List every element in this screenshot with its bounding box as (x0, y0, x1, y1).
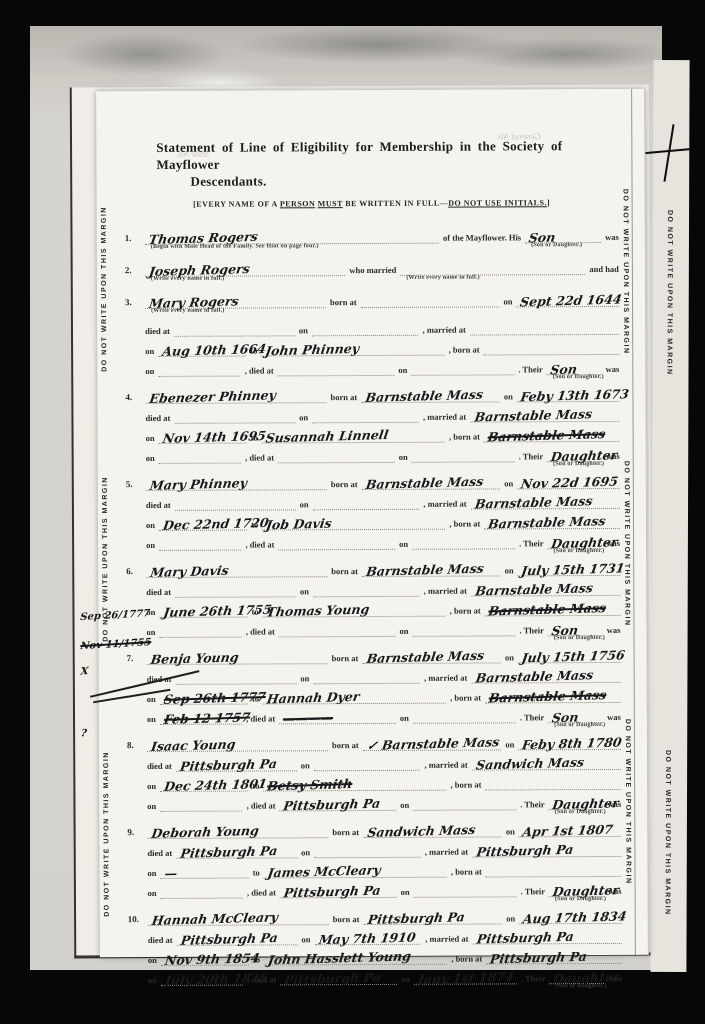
field-married_place: Barnstable Mass (471, 667, 620, 684)
field-married_date: Nov 9th 1854 (161, 950, 249, 966)
label-on: on (301, 847, 310, 858)
label-born_at_c: , born at (449, 345, 480, 356)
label-died_at_c: , died at (245, 365, 274, 376)
indent (128, 964, 144, 966)
handwriting-name: Ebenezer Phinney (148, 387, 277, 406)
label-born_at_c: , born at (451, 780, 482, 791)
field-relation: Daughter(Son or Daughter.) (547, 533, 602, 549)
handwriting-married_place: Sandwich Mass (475, 754, 585, 772)
field-married_place: Barnstable Mass (471, 580, 620, 597)
field-married_date: — (160, 863, 248, 879)
handwriting-spouse: Hannah Dyer (266, 689, 361, 707)
label-on: on (146, 520, 155, 531)
margin-warning: DO NOT WRITE UPON THIS MARGIN (624, 719, 632, 885)
field-relation: Son(Son or Daughter.) (548, 707, 603, 723)
field-relation: Daughter(Son or Daughter.) (549, 968, 604, 984)
field-spouse: James McCleary (264, 862, 447, 879)
handwriting-relation: Daughter (552, 882, 621, 899)
field-spouse_born_date: Feb 12 1757 (160, 709, 242, 725)
label-on: on (504, 478, 513, 489)
field-married_date: Dec 24th 1801 (160, 776, 248, 792)
field-married_date: Sep 26th 1777 (160, 689, 248, 705)
label-was: was (607, 712, 621, 723)
field-spouse: Job Davis (262, 514, 445, 531)
handwriting-name: Mary Rogers (148, 293, 240, 311)
field-died_date (313, 581, 420, 597)
label-on: on (400, 800, 409, 811)
field-died_place (174, 407, 295, 424)
field-died_place (174, 320, 295, 337)
entry-number: 7. (127, 653, 143, 665)
label-on: on (148, 868, 157, 879)
entry-number: 8. (127, 740, 143, 752)
field-born_date: July 15th 1756 (518, 647, 621, 663)
entry-number: 4. (125, 392, 141, 404)
label-on: on (299, 412, 308, 423)
label-on: on (300, 499, 309, 510)
label-married_at: , married at (423, 499, 466, 510)
entry-row-married: onAug 10th 1664toJohn Phinney, born at (125, 335, 619, 357)
handwriting-born_place: ✓ Barnstable Mass (366, 734, 501, 753)
label-on: on (148, 955, 157, 966)
field-born_date: Feby 13th 1673 (517, 386, 620, 402)
field-spouse_born_place (484, 339, 620, 356)
entry-row-died: died atPittsburgh Paon, married atSandwi… (127, 750, 621, 772)
label-on: on (147, 801, 156, 812)
label-died_at: died at (145, 326, 170, 337)
handwriting-spouse_died_place: Pittsburgh Pa (283, 796, 382, 814)
entry-row: 1. Thomas Rogers (Begin with Male Head o… (125, 219, 619, 245)
field-spouse_born_date (161, 883, 243, 899)
entry-number: 2. (125, 265, 141, 277)
field-spouse_born_place: Pittsburgh Pa (486, 948, 622, 965)
margin-warning: DO NOT WRITE UPON THIS MARGIN (103, 751, 111, 917)
entry-number: 5. (126, 479, 142, 491)
field-died_place: Pittsburgh Pa (176, 755, 297, 772)
label-on: on (506, 913, 515, 924)
handwriting-born_date: Nov 22d 1695 (520, 474, 619, 492)
field-married_date: Aug 10th 1664 (158, 341, 246, 357)
label-on: on (148, 975, 157, 986)
indent (126, 529, 142, 531)
field-born_date: Aug 17th 1834 (519, 908, 622, 924)
field-spouse_born_place: Barnstable Mass (485, 600, 621, 617)
label-born_at: born at (333, 914, 360, 925)
entry-row-name: 3.Mary Rogers(Write every name in full.)… (125, 283, 619, 309)
field-born_place: Barnstable Mass (361, 473, 500, 490)
handwriting-born_date: July 15th 1731 (521, 560, 626, 578)
field-spouse: Hannah Dyer (263, 688, 446, 705)
indent (127, 810, 143, 812)
handwriting-spouse_born_place: Pittsburgh Pa (489, 949, 588, 967)
label-on: on (146, 453, 155, 464)
label-on: on (147, 694, 156, 705)
handwriting-name: Hannah McCleary (151, 909, 279, 928)
instruction-line: [EVERY NAME OF A PERSON MUST BE WRITTEN … (125, 198, 619, 209)
entry-row-spouse: on, died aton. TheirDaughter(Son or Daug… (126, 442, 620, 464)
field-spouse_died_place: ———— (279, 708, 396, 725)
handwriting-married_place: Pittsburgh Pa (475, 929, 574, 947)
field-relation: Daughter(Son or Daughter.) (549, 794, 604, 810)
indent (125, 375, 141, 377)
field-spouse_died_date (413, 794, 516, 810)
field-name: Mary Phinney (146, 474, 327, 491)
handwriting-died_place: Pittsburgh Pa (179, 756, 278, 774)
entry-row-married: onDec 24th 1801toBetsy Smith, born at (127, 770, 621, 792)
field-died_place: Pittsburgh Pa (177, 929, 298, 946)
field-name: Joseph Rogers (Write every name in full.… (145, 260, 346, 277)
field-married_place: Pittsburgh Pa (472, 928, 621, 945)
field-born_date: Sept 22d 1644 (516, 291, 619, 307)
label-on: on (503, 296, 512, 307)
entry-row-spouse: on, died atPittsburgh Paon. TheirDaughte… (127, 790, 621, 812)
handwriting-relation: Daughter (552, 969, 621, 986)
label-born_at: born at (330, 392, 357, 403)
field-spouse_died_place: Pittsburgh Pa (280, 969, 397, 986)
handwriting-name: Isaac Young (150, 737, 237, 754)
handwriting-spouse: James McCleary (267, 862, 382, 880)
instruction-part: BE WRITTEN IN FULL— (343, 199, 448, 208)
label-married_at: , married at (424, 586, 467, 597)
field-born_place: Barnstable Mass (362, 647, 501, 664)
margin-warning: DO NOT WRITE UPON THIS MARGIN (623, 461, 631, 627)
label-was: was (607, 625, 621, 636)
label-born_at_c: , born at (450, 606, 481, 617)
handwriting-relation: Daughter (551, 534, 620, 551)
indent (128, 984, 144, 986)
field-spouse_died_date (412, 446, 515, 462)
field-spouse_died_place: Pittsburgh Pa (280, 882, 397, 899)
label-their: . Their (519, 538, 543, 549)
form-title-line1: Statement of Line of Eligibility for Mem… (124, 137, 618, 173)
field-spouse_born_place (485, 774, 621, 791)
field-spouse_died_date (414, 881, 517, 897)
label-died_at_c: , died at (247, 800, 276, 811)
field-spouse_born_date (159, 448, 241, 464)
field-spouse_died_date (411, 359, 514, 375)
indent (126, 442, 142, 444)
label-on: on (504, 391, 513, 402)
handwriting-relation: Son (528, 230, 557, 246)
label-born_at_c: , born at (449, 519, 480, 530)
margin-warning: DO NOT WRITE UPON THIS MARGIN (664, 750, 672, 916)
handwriting-married_place: Barnstable Mass (474, 493, 594, 511)
field-died_date (314, 755, 421, 771)
entry-row: 2. Joseph Rogers (Write every name in fu… (125, 251, 619, 277)
handwriting-born_date: July 15th 1756 (521, 647, 626, 665)
entry-number: 10. (128, 914, 144, 926)
field-spouse_died_place: Pittsburgh Pa (280, 795, 397, 812)
label-on: on (400, 626, 409, 637)
field-married_date: Nov 14th 1695 (159, 428, 247, 444)
field-name: Hannah McCleary (148, 909, 329, 926)
entry-row-name: 5.Mary Phinneyborn atBarnstable MassonNo… (126, 469, 620, 491)
handwriting-married_date: Aug 10th 1664 (161, 341, 267, 359)
entry-number: 3. (125, 297, 141, 309)
label-and-had: and had (589, 264, 619, 275)
field-relation: Son(Son or Daughter.) (548, 620, 603, 636)
field-name: Ebenezer Phinney (145, 387, 326, 404)
instruction-part: MUST (318, 199, 343, 208)
instruction-part: ] (547, 198, 550, 207)
lineage-entry-1: 1. Thomas Rogers (Begin with Male Head o… (125, 219, 619, 245)
form-page: DO NOT WRITE UPON THIS MARGIN DO NOT WRI… (96, 89, 649, 957)
lineage-entry-9: 9.Deborah Youngborn atSandwich MassonApr… (127, 817, 621, 899)
label-was: was (605, 232, 619, 243)
entry-row-died: died aton, married atBarnstable Mass (126, 489, 620, 511)
field-died_place (175, 494, 296, 511)
field-died_date (313, 494, 420, 510)
lineage-entry-7: 7.Benja Youngborn atBarnstable MassonJul… (127, 643, 621, 725)
margin-note: X (80, 666, 89, 677)
field-name: Thomas Rogers (Begin with Male Head of t… (145, 228, 439, 245)
entry-row-married: onDec 22nd 1720toJob Davis, born atBarns… (126, 509, 620, 531)
entry-row-died: died aton, married atBarnstable Mass (126, 576, 620, 598)
field-married_date: June 26th 1755 (159, 602, 247, 618)
label-died_at_c: , died at (245, 452, 274, 463)
handwriting-married_place: Barnstable Mass (474, 580, 594, 598)
lineage-entry-8: 8.Isaac Youngborn at✓ Barnstable MassonF… (127, 730, 621, 812)
instruction-part: DO NOT USE INITIALS. (448, 198, 547, 207)
label-born_at: born at (330, 297, 357, 308)
handwriting-born_place: Barnstable Mass (365, 474, 485, 492)
field-died_date (312, 320, 419, 336)
indent (126, 422, 142, 424)
handwriting-spouse_born_date: July 20th 1826 (164, 970, 269, 988)
label-their: . Their (519, 451, 543, 462)
form-content: Statement of Line of Eligibility for Mem… (124, 89, 622, 986)
entry-row-married: onSep 26th 1777toHannah Dyer, born atBar… (127, 683, 621, 705)
field-born_place: ✓ Barnstable Mass (363, 734, 502, 751)
label-on: on (145, 366, 154, 377)
label-died_at: died at (146, 413, 171, 424)
label-married_at: , married at (425, 934, 468, 945)
margin-note: ? (80, 728, 87, 739)
handwriting-born_place: Sandwich Mass (366, 822, 476, 840)
handwriting-spouse: Susannah Linnell (265, 427, 390, 446)
field-died_place: Pittsburgh Pa (176, 842, 297, 859)
field-died_date: May 7th 1910 (314, 929, 421, 945)
handwriting-relation: Daughter (552, 795, 621, 812)
handwriting-born_date: Feby 13th 1673 (520, 386, 631, 404)
handwriting-married_date: Dec 24th 1801 (163, 776, 268, 794)
label-who-married: who married (349, 265, 396, 276)
label-mayflower: of the Mayflower. His (443, 232, 521, 243)
handwriting-spouse_died_place: Pittsburgh Pa (283, 883, 382, 901)
handwriting-married_date: Dec 22nd 1720 (162, 515, 270, 533)
indent (127, 770, 143, 772)
entry-row-died: died aton, married atBarnstable Mass (125, 402, 619, 424)
handwriting-spouse: John Phinney (265, 341, 361, 359)
entry-row-name: 9.Deborah Youngborn atSandwich MassonApr… (127, 817, 621, 839)
label-their: . Their (520, 712, 544, 723)
field-spouse_born_place: Barnstable Mass (485, 687, 621, 704)
label-on: on (505, 652, 514, 663)
entry-row-died: died aton, married at (125, 315, 619, 337)
label-born_at: born at (331, 479, 358, 490)
field-spouse_born_date: July 20th 1826 (161, 970, 243, 986)
field-spouse_born_date (159, 622, 241, 638)
entry-row-died: died aton, married atBarnstable Mass (127, 663, 621, 685)
label-on: on (400, 713, 409, 724)
label-their: . Their (518, 364, 542, 375)
entry-row-name: 6.Mary Davisborn atBarnstable MassonJuly… (126, 556, 620, 578)
lineage-entry-5: 5.Mary Phinneyborn atBarnstable MassonNo… (126, 469, 620, 551)
entry-row-spouse: onJuly 20th 1826, died atPittsburgh Paon… (128, 964, 622, 986)
field-born_place: Barnstable Mass (362, 560, 501, 577)
handwriting-name: Joseph Rogers (148, 261, 251, 279)
lineage-entry-10: 10.Hannah McClearyborn atPittsburgh Paon… (128, 904, 622, 986)
field-name: Isaac Young (147, 735, 328, 752)
handwriting-relation: Son (550, 361, 579, 377)
label-born_at_c: , born at (449, 432, 480, 443)
label-died_at: died at (146, 587, 171, 598)
handwriting-spouse_died_place: Pittsburgh Pa (283, 970, 382, 988)
handwriting-died_place: Pittsburgh Pa (179, 843, 278, 861)
entry-row-married: onJune 26th 1755toThomas Young, born atB… (126, 596, 620, 618)
handwriting-spouse_born_date: Feb 12 1757 (163, 709, 251, 726)
entry-number: 1. (125, 233, 141, 245)
field-spouse: Thomas Young (263, 601, 446, 618)
indent (126, 462, 142, 464)
caption: (Write every name in full.) (406, 275, 479, 281)
handwriting-born_place: Barnstable Mass (365, 648, 485, 666)
handwriting-name: Mary Davis (149, 563, 230, 580)
handwriting-born_date: Aug 17th 1834 (522, 908, 628, 926)
field-married_place: Pittsburgh Pa (472, 841, 621, 858)
lineage-entry-4: 4.Ebenezer Phinneyborn atBarnstable Mass… (125, 382, 619, 464)
field-born_place: Barnstable Mass (361, 386, 500, 403)
handwriting-born_place: Barnstable Mass (365, 561, 485, 579)
field-relation: Daughter(Son or Daughter.) (547, 446, 602, 462)
field-spouse: Betsy Smith (263, 775, 446, 792)
field-born_date: Nov 22d 1695 (517, 473, 620, 489)
label-died_at: died at (147, 761, 172, 772)
label-on: on (145, 346, 154, 357)
entry-row-name: 7.Benja Youngborn atBarnstable MassonJul… (127, 643, 621, 665)
handwriting-died_place: Pittsburgh Pa (180, 930, 279, 948)
field-spouse_born_date (160, 796, 242, 812)
indent (126, 549, 142, 551)
handwriting-name: Mary Phinney (149, 475, 248, 493)
label-on: on (401, 887, 410, 898)
field-married_place: Barnstable Mass (470, 406, 619, 423)
handwriting-name: Deborah Young (150, 823, 260, 841)
label-on: on (146, 540, 155, 551)
indent (127, 723, 143, 725)
handwriting-married_date: — (164, 866, 179, 881)
field-name: Benja Young (147, 648, 328, 665)
handwriting-married_place: Barnstable Mass (473, 406, 593, 424)
field-spouse_born_place: Barnstable Mass (484, 513, 620, 530)
field-spouse_died_date: Jany 1st 1874 (414, 968, 517, 984)
label-on: on (401, 974, 410, 985)
field-spouse: Susannah Linnell (262, 427, 445, 444)
handwriting-spouse: Betsy Smith (266, 776, 353, 793)
handwriting-spouse: Thomas Young (266, 602, 371, 620)
handwriting-born_date: Sept 22d 1644 (520, 291, 624, 309)
indent (128, 877, 144, 879)
label-born_at: born at (332, 653, 359, 664)
handwriting-born_place: Pittsburgh Pa (366, 909, 465, 927)
handwriting-spouse_born_place: Barnstable Mass (488, 600, 608, 618)
label-to: to (253, 867, 260, 878)
handwriting-married_date: Nov 14th 1695 (162, 428, 267, 446)
page-fold-line (631, 89, 636, 955)
label-died_at_c: , died at (246, 626, 275, 637)
field-name: Mary Rogers(Write every name in full.) (145, 292, 326, 309)
label-married_at: , married at (423, 412, 466, 423)
field-died_date (313, 668, 420, 684)
label-their: . Their (519, 625, 543, 636)
entry-row-spouse: on, died aton. TheirSon(Son or Daughter.… (126, 616, 620, 638)
margin-warning: DO NOT WRITE UPON THIS MARGIN (622, 189, 630, 355)
label-married_at: , married at (424, 760, 467, 771)
field-spouse_died_place (279, 621, 396, 638)
entry-row-married: onNov 9th 1854toJohn Hasslett Young, bor… (128, 944, 622, 966)
field-spouse_died_date (412, 620, 515, 636)
handwriting-married_place: Pittsburgh Pa (475, 842, 574, 860)
handwriting-name: Benja Young (150, 649, 240, 667)
handwriting-spouse_born_place: Barnstable Mass (487, 513, 607, 531)
handwriting-married_place: Barnstable Mass (474, 667, 594, 685)
field-relation: Daughter(Son or Daughter.) (549, 881, 604, 897)
entry-row-name: 8.Isaac Youngborn at✓ Barnstable MassonF… (127, 730, 621, 752)
field-spouse_born_date (159, 535, 241, 551)
field-spouse: John Hasslett Young (264, 949, 447, 966)
field-name: Mary Davis (146, 561, 327, 578)
handwriting-name: Thomas Rogers (148, 229, 259, 247)
handwriting-spouse: John Hasslett Young (267, 948, 412, 967)
label-on: on (146, 433, 155, 444)
indent (125, 355, 141, 357)
field-married_date: Dec 22nd 1720 (159, 515, 247, 531)
lineage-entry-6: 6.Mary Davisborn atBarnstable MassonJuly… (126, 556, 620, 638)
handwriting-spouse: Job Davis (265, 516, 333, 533)
indent (125, 335, 141, 337)
label-married_at: , married at (423, 325, 466, 336)
lineage-entry-3: 3.Mary Rogers(Write every name in full.)… (125, 283, 619, 377)
field-spouse_died_date (413, 707, 516, 723)
handwriting-spouse_died_place: ———— (282, 710, 334, 726)
label-died_at: died at (146, 500, 171, 511)
handwriting-relation: Son (551, 622, 580, 638)
label-died_at: died at (148, 935, 173, 946)
label-on: on (398, 365, 407, 376)
label-on: on (299, 325, 308, 336)
field-died_date (312, 407, 419, 423)
indent (128, 944, 144, 946)
handwriting-relation: Son (551, 709, 580, 725)
indent (127, 857, 143, 859)
label-on: on (505, 565, 514, 576)
indent (126, 596, 142, 598)
label-on: on (148, 888, 157, 899)
label-on: on (505, 739, 514, 750)
handwriting-born_date: Feby 8th 1780 (521, 734, 623, 752)
field-spouse_died_place (278, 447, 395, 464)
field-died_place (175, 581, 296, 598)
indent (127, 790, 143, 792)
entry-number: 6. (126, 566, 142, 578)
margin-warning: DO NOT WRITE UPON THIS MARGIN (665, 210, 673, 376)
label-born_at: born at (332, 740, 359, 751)
field-relation: Son (Son or Daughter.) (525, 227, 601, 243)
handwriting-married_date: June 26th 1755 (162, 602, 272, 620)
label-died_at: died at (147, 848, 172, 859)
instruction-part: [EVERY NAME OF A (193, 199, 280, 208)
field-spouse_died_place (278, 360, 395, 377)
